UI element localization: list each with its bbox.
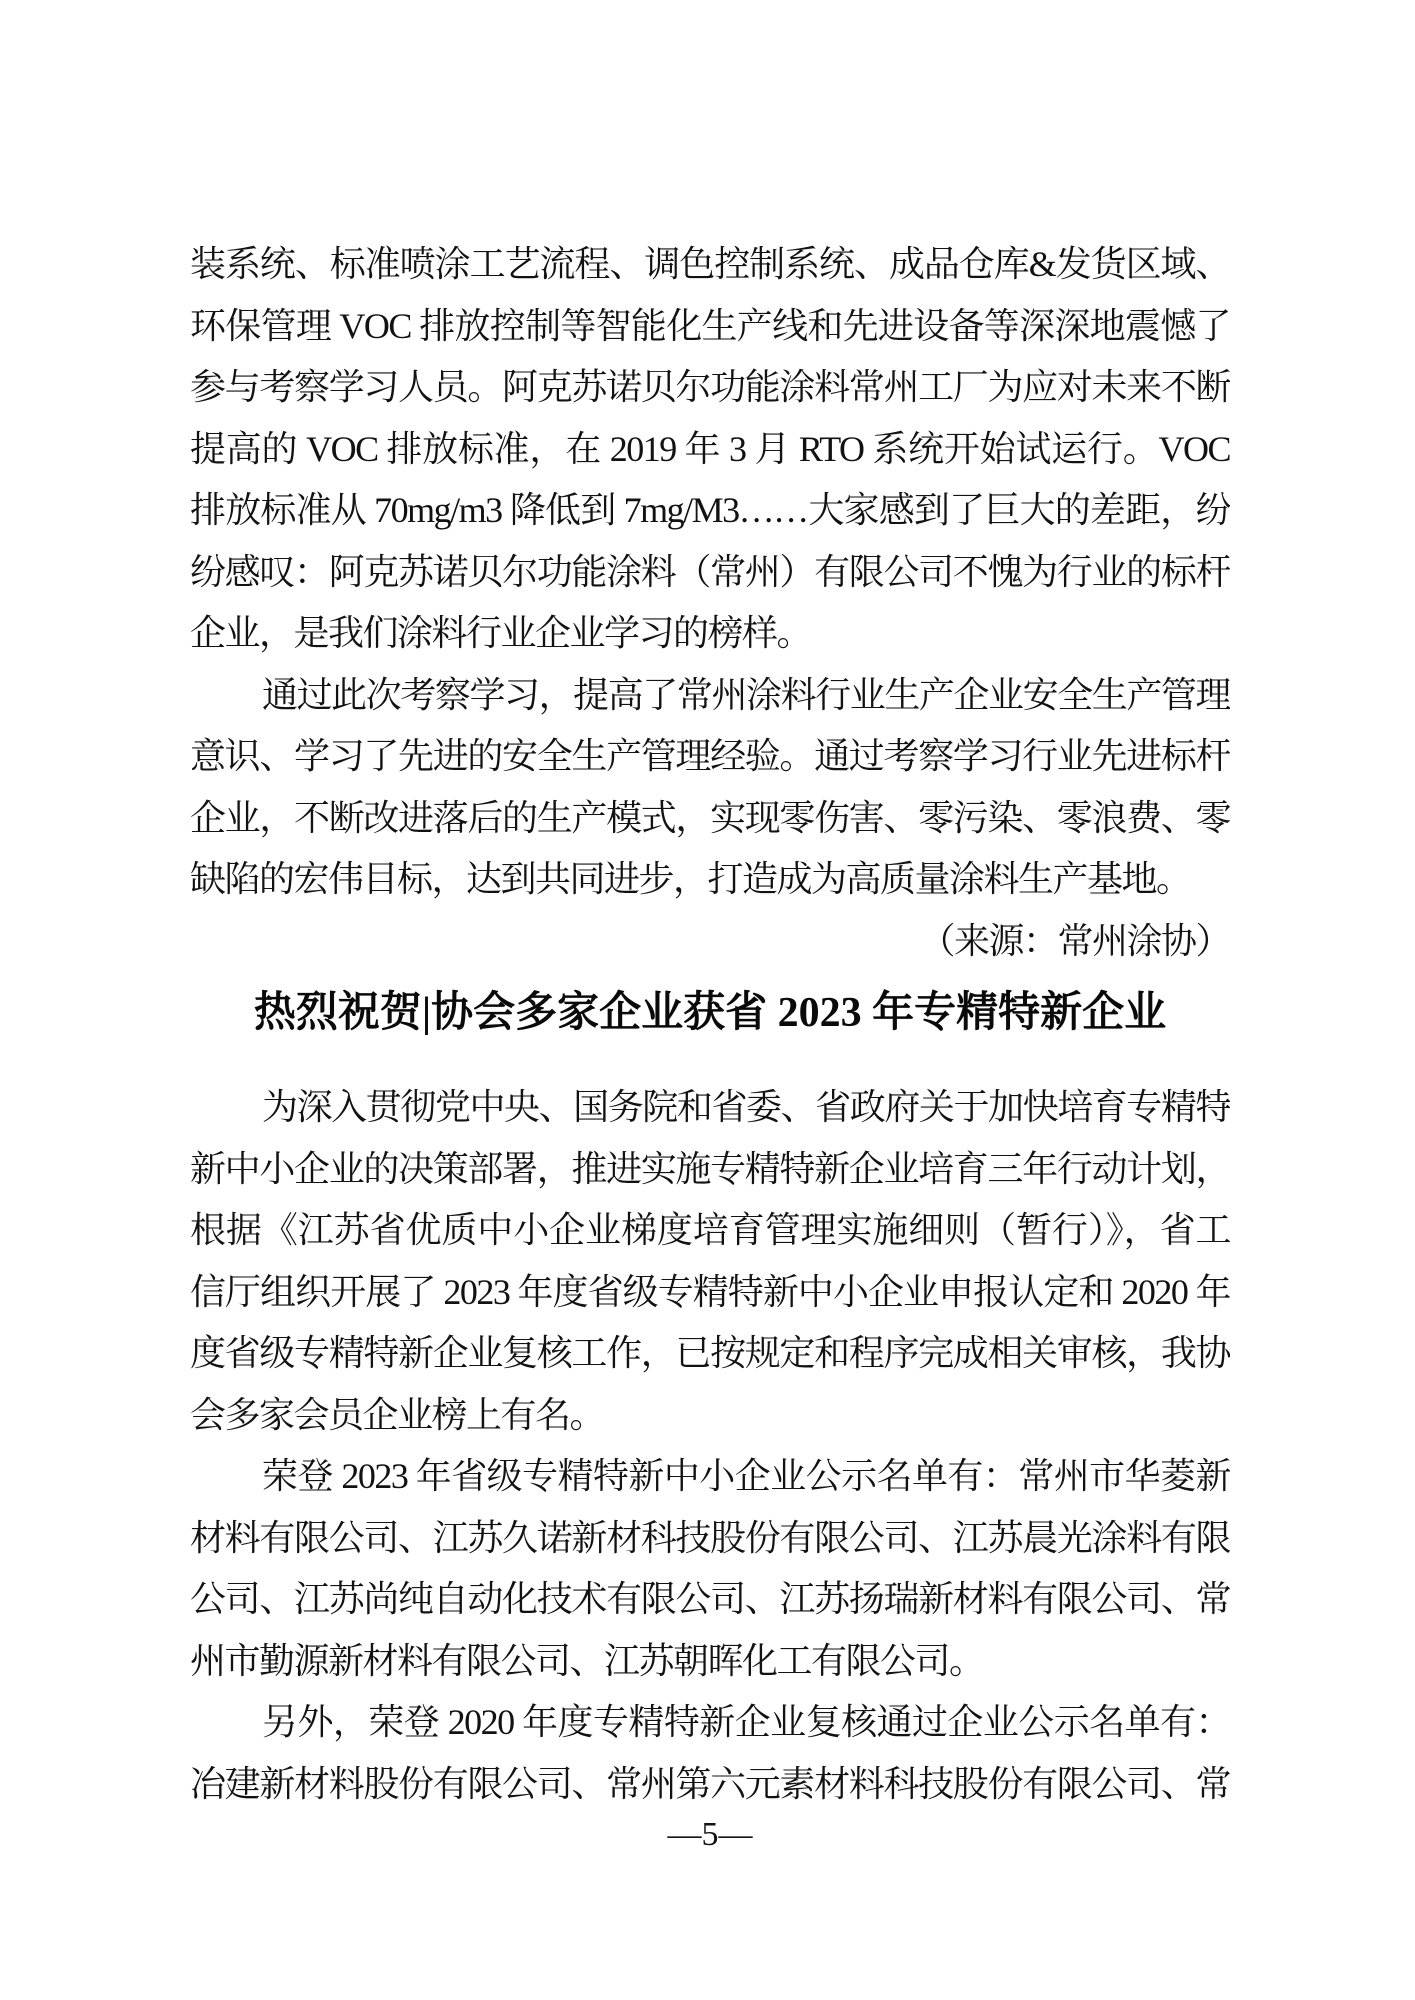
document-page: 装系统、标准喷涂工艺流程、调色控制系统、成品仓库&发货区域、环保管理 VOC 排… [0,0,1415,2000]
article-voc-body: 装系统、标准喷涂工艺流程、调色控制系统、成品仓库&发货区域、环保管理 VOC 排… [190,234,1230,972]
text-line: 州市勤源新材料有限公司、江苏朝晖化工有限公司。 [190,1631,1230,1693]
text-line: 缺陷的宏伟目标，达到共同进步，打造成为高质量涂料生产基地。 [190,849,1230,911]
text-line: 参与考察学习人员。阿克苏诺贝尔功能涂料常州工厂为应对未来不断 [190,357,1230,419]
page-number: —5— [190,1813,1230,1857]
text-line: 装系统、标准喷涂工艺流程、调色控制系统、成品仓库&发货区域、 [190,234,1230,296]
text-line: 冶建新材料股份有限公司、常州第六元素材料科技股份有限公司、常 [190,1754,1230,1816]
text-line: 另外，荣登 2020 年度专精特新企业复核通过企业公示名单有： [190,1692,1230,1754]
text-line: 根据《江苏省优质中小企业梯度培育管理实施细则（暂行）》，省工 [190,1200,1230,1262]
article-zjtx-announcement: 为深入贯彻党中央、国务院和省委、省政府关于加快培育专精特新中小企业的决策部署，推… [190,1077,1230,1815]
text-line: 公司、江苏尚纯自动化技术有限公司、江苏扬瑞新材料有限公司、常 [190,1569,1230,1631]
article-heading: 热烈祝贺|协会多家企业获省 2023 年专精特新企业 [190,982,1230,1044]
text-line: 为深入贯彻党中央、国务院和省委、省政府关于加快培育专精特 [190,1077,1230,1139]
text-line: 企业，不断改进落后的生产模式，实现零伤害、零污染、零浪费、零 [190,788,1230,850]
text-line: （来源：常州涂协） [190,911,1230,973]
text-line: 意识、学习了先进的安全生产管理经验。通过考察学习行业先进标杆 [190,726,1230,788]
text-line: 材料有限公司、江苏久诺新材科技股份有限公司、江苏晨光涂料有限 [190,1508,1230,1570]
text-line: 荣登 2023 年省级专精特新中小企业公示名单有：常州市华菱新 [190,1446,1230,1508]
text-line: 新中小企业的决策部署，推进实施专精特新企业培育三年行动计划， [190,1139,1230,1201]
text-line: 通过此次考察学习，提高了常州涂料行业生产企业安全生产管理 [190,665,1230,727]
article-zjtx-body: 为深入贯彻党中央、国务院和省委、省政府关于加快培育专精特新中小企业的决策部署，推… [190,1077,1230,1815]
text-line: 排放标准从 70mg/m3 降低到 7mg/M3……大家感到了巨大的差距，纷 [190,480,1230,542]
text-line: 环保管理 VOC 排放控制等智能化生产线和先进设备等深深地震憾了 [190,296,1230,358]
text-line: 企业，是我们涂料行业企业学习的榜样。 [190,603,1230,665]
text-line: 度省级专精特新企业复核工作，已按规定和程序完成相关审核，我协 [190,1323,1230,1385]
page-content: 装系统、标准喷涂工艺流程、调色控制系统、成品仓库&发货区域、环保管理 VOC 排… [190,234,1230,1857]
article-voc-inspection: 装系统、标准喷涂工艺流程、调色控制系统、成品仓库&发货区域、环保管理 VOC 排… [190,234,1230,972]
text-line: 信厅组织开展了 2023 年度省级专精特新中小企业申报认定和 2020 年 [190,1262,1230,1324]
text-line: 提高的 VOC 排放标准，在 2019 年 3 月 RTO 系统开始试运行。VO… [190,419,1230,481]
text-line: 会多家会员企业榜上有名。 [190,1385,1230,1447]
text-line: 纷感叹：阿克苏诺贝尔功能涂料（常州）有限公司不愧为行业的标杆 [190,542,1230,604]
